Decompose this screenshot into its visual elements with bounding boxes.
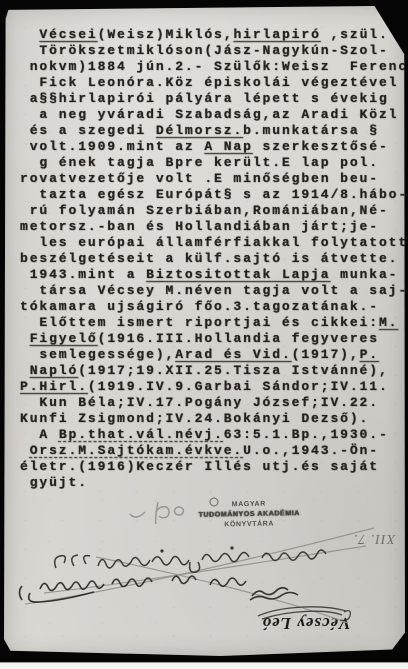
typed-line: Figyelő(1916.III.Hollandia fegyveres [20,331,405,347]
typed-line: beszélgetéseit a külf.sajtó is átvette. [20,251,405,267]
typed-line: gyüjt. [20,475,405,491]
typed-line: Kun Béla;IV.17.Pogány József;IV.22. [20,395,405,411]
typed-line: társa Vécsey M.néven tagja volt a saj- [20,283,405,299]
typed-line: g ének tagja Bpre került.E lap pol. [20,155,405,171]
typed-line: P.Hirl.(1919.IV.9.Garbai Sándor;IV.11. [20,379,405,395]
library-stamp: MAGYAR TUDOMÁNYOS AKADÉMIA KÖNYVTÁRA [179,499,320,531]
pencil-date-note-inverted: XII. 7. [346,524,402,552]
scanned-card-photo: Vécsei(Weisz)Miklós,hirlapiró ,szül. Tör… [0,0,408,669]
typed-line: Kunfi Zsigmond;IV.24.Bokányi Dezső). [20,411,405,427]
typed-line: Előttem ismert riportjai és cikkei:M. [20,315,405,331]
typed-line: volt.1909.mint az A Nap szerkesztősé- [20,139,405,155]
typed-line: tókamara ujságiró főo.3.tagozatának.- [20,299,405,315]
typed-line: 1943.mint a Biztositottak Lapja munka- [20,267,405,283]
typed-line: semlegessége),Arad és Vid.(1917),P. [20,347,405,363]
scan-edge-strip [0,662,408,669]
typed-line: tazta egész Európát§ s az 1914/8.hábo- [20,187,405,203]
typed-text-block: Vécsei(Weisz)Miklós,hirlapiró ,szül. Tör… [20,27,405,491]
typed-line: rovatvezetője volt .E minőségben beu- [20,171,405,187]
handwritten-signature-inverted: Vécsey Leó [252,604,360,640]
typed-line: les európai államférfiakkal folytatott [20,235,405,251]
typed-line: Napló(1917;19.XII.25.Tisza Istvánné), [20,363,405,379]
typed-line: Fick Leonóra.Köz épiskolái végeztével [20,75,405,91]
typed-line: a neg yváradi Szabadság,az Aradi Közl [20,107,405,123]
index-card: Vécsei(Weisz)Miklós,hirlapiró ,szül. Tör… [4,6,405,656]
typed-line: Orsz.M.Sajtókam.évkve.U.o.,1943.-Ön- [20,443,405,459]
typed-line: a§§hirlapirói pályára lépett s évekig [20,91,405,107]
typed-line: Vécsei(Weisz)Miklós,hirlapiró ,szül. [20,27,405,43]
typed-line: metorsz.-ban és Hollandiában járt;je- [20,219,405,235]
typed-line: A Bp.that.vál.névj.63:5.1.Bp.,1930.- [20,427,405,443]
typed-line: életr.(1916)Keczér Illés utj.és saját [20,459,405,475]
typed-line: és a szegedi Délmorsz.b.munkatársa § [20,123,405,139]
typed-line: rú folyamán Szerbiában,Romániában,Né- [20,203,405,219]
typed-line: nokvm)1884 jún.2.- Szülők:Weisz Ferenc [20,59,405,75]
typed-line: Törökszetmiklóson(Jász-Nagykún-Szol- [20,43,405,59]
